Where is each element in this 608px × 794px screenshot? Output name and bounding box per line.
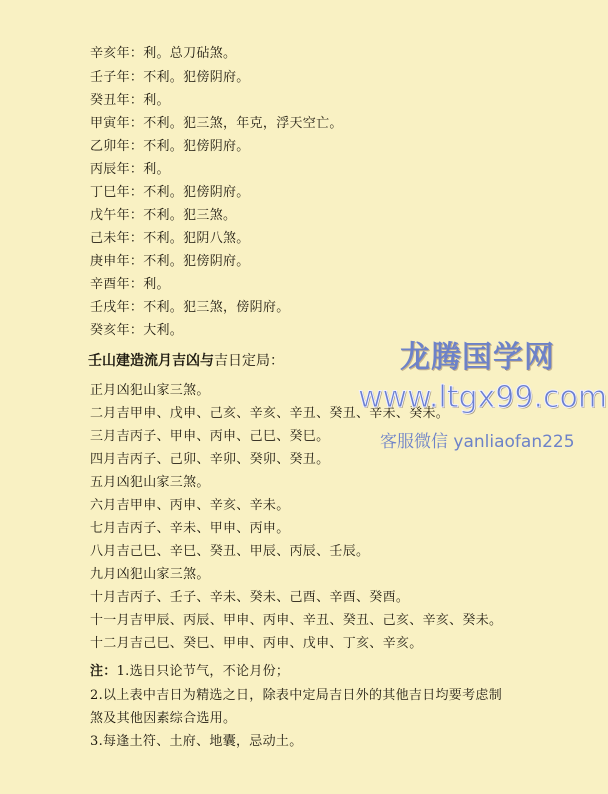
section-heading-rest: 吉日定局： — [214, 353, 284, 369]
month-row: 十二月吉己巳、癸巳、甲申、丙申、戊申、丁亥、辛亥。 — [90, 636, 423, 652]
document-page: 辛亥年：利。总刀砧煞。 壬子年：不利。犯傍阴府。 癸丑年：利。 甲寅年：不利。犯… — [0, 0, 608, 794]
year-row: 辛亥年：利。总刀砧煞。 — [90, 46, 236, 62]
month-row: 十月吉丙子、壬子、辛未、癸未、己酉、辛酉、癸酉。 — [90, 590, 409, 606]
year-text: 不利。犯傍阴府。 — [143, 70, 249, 85]
watermark-title: 龙腾国学网 — [400, 332, 555, 376]
year-row: 癸亥年：大利。 — [90, 323, 183, 339]
note-1: 注：1.选日只论节气，不论月份； — [90, 664, 289, 680]
year-text: 不利。犯傍阴府。 — [143, 139, 249, 154]
year-label: 己未年： — [90, 231, 143, 246]
year-text: 不利。犯三煞，年克，浮天空亡。 — [143, 116, 343, 131]
year-row: 丁巳年：不利。犯傍阴府。 — [90, 185, 250, 201]
year-row: 乙卯年：不利。犯傍阴府。 — [90, 139, 250, 155]
year-row: 庚申年：不利。犯傍阴府。 — [90, 254, 250, 270]
month-row: 十一月吉甲辰、丙辰、甲申、丙申、辛丑、癸丑、己亥、辛亥、癸未。 — [90, 613, 502, 629]
year-label: 辛酉年： — [90, 277, 143, 292]
note-label: 注： — [90, 664, 117, 679]
year-row: 甲寅年：不利。犯三煞，年克，浮天空亡。 — [90, 116, 343, 132]
year-row: 丙辰年：利。 — [90, 162, 170, 178]
year-text: 利。总刀砧煞。 — [143, 46, 236, 61]
section-heading: 壬山建造流月吉凶与吉日定局： — [88, 352, 284, 370]
year-label: 壬戌年： — [90, 300, 143, 315]
section-heading-bold: 壬山建造流月吉凶与 — [88, 353, 214, 369]
year-text: 不利。犯傍阴府。 — [143, 254, 249, 269]
year-label: 戊午年： — [90, 208, 143, 223]
year-row: 壬子年：不利。犯傍阴府。 — [90, 70, 250, 86]
month-row: 五月凶犯山家三煞。 — [90, 475, 210, 491]
year-label: 癸丑年： — [90, 93, 143, 108]
year-label: 庚申年： — [90, 254, 143, 269]
year-label: 癸亥年： — [90, 323, 143, 338]
year-row: 癸丑年：利。 — [90, 93, 170, 109]
year-text: 不利。犯傍阴府。 — [143, 185, 249, 200]
year-row: 戊午年：不利。犯三煞。 — [90, 208, 236, 224]
note-3: 3.每逢土符、土府、地囊，忌动土。 — [90, 734, 303, 750]
year-text: 不利。犯三煞。 — [143, 208, 236, 223]
month-row: 正月凶犯山家三煞。 — [90, 383, 210, 399]
year-text: 利。 — [143, 162, 170, 177]
year-text: 大利。 — [143, 323, 183, 338]
year-row: 壬戌年：不利。犯三煞，傍阴府。 — [90, 300, 290, 316]
year-label: 丁巳年： — [90, 185, 143, 200]
year-text: 不利。犯三煞，傍阴府。 — [143, 300, 289, 315]
note-2b: 煞及其他因素综合选用。 — [90, 711, 236, 727]
month-row: 六月吉甲申、丙申、辛亥、辛未。 — [90, 498, 290, 514]
year-text: 利。 — [143, 93, 170, 108]
note-1-text: 1.选日只论节气，不论月份； — [117, 664, 290, 679]
month-row: 八月吉己巳、辛巳、癸丑、甲辰、丙辰、壬辰。 — [90, 544, 369, 560]
year-label: 甲寅年： — [90, 116, 143, 131]
year-label: 壬子年： — [90, 70, 143, 85]
year-row: 辛酉年：利。 — [90, 277, 170, 293]
month-row: 七月吉丙子、辛未、甲申、丙申。 — [90, 521, 290, 537]
year-label: 辛亥年： — [90, 46, 143, 61]
year-label: 丙辰年： — [90, 162, 143, 177]
watermark-contact: 客服微信 yanliaofan225 — [380, 427, 575, 452]
note-2a: 2.以上表中吉日为精选之日，除表中定局吉日外的其他吉日均要考虑制 — [90, 688, 502, 704]
month-row: 九月凶犯山家三煞。 — [90, 567, 210, 583]
month-row: 四月吉丙子、己卯、辛卯、癸卯、癸丑。 — [90, 452, 329, 468]
year-row: 己未年：不利。犯阴八煞。 — [90, 231, 250, 247]
year-label: 乙卯年： — [90, 139, 143, 154]
watermark-url: www.ltgx99.com — [358, 380, 607, 415]
month-row: 三月吉丙子、甲申、丙申、己巳、癸巳。 — [90, 429, 329, 445]
year-text: 利。 — [143, 277, 170, 292]
year-text: 不利。犯阴八煞。 — [143, 231, 249, 246]
